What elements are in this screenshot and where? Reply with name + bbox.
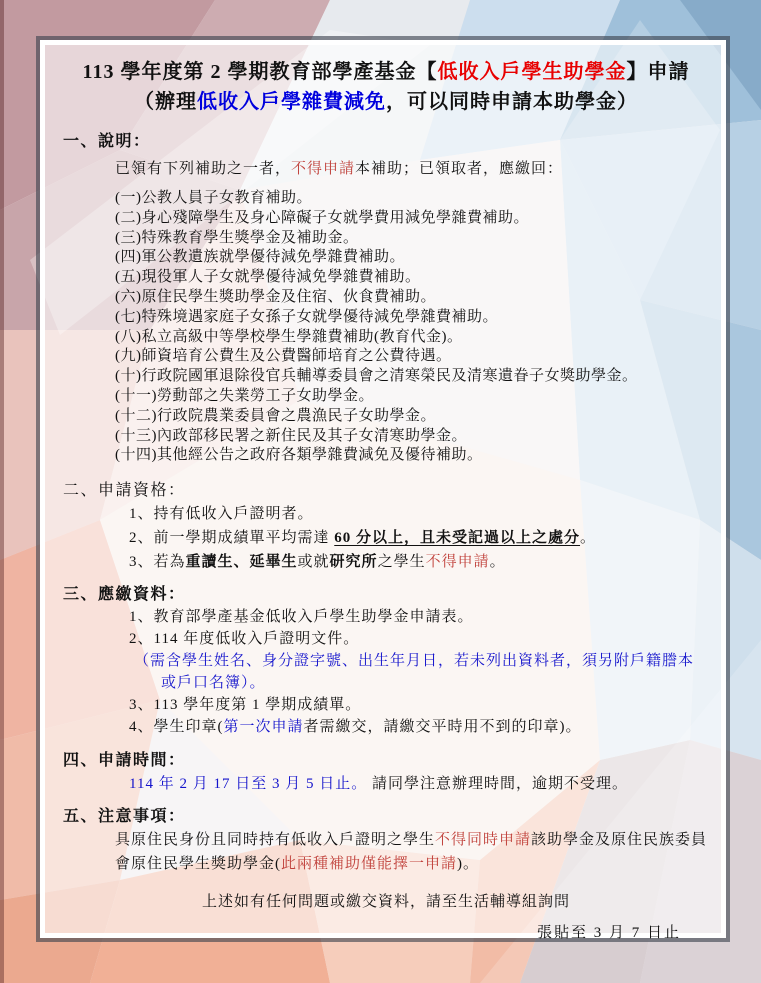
list-item: (十四)其他經公告之政府各類學雜費減免及優待補助。 [63, 446, 709, 466]
list-item: (四)軍公教遺族就學優待減免學雜費補助。 [63, 248, 709, 268]
item-text: 4、學生印章( [129, 719, 224, 735]
notes-text: 具原住民身份且同時持有低收入戶證明之學生 [115, 832, 435, 848]
application-period-body: 114 年 2 月 17 日至 3 月 5 日止。 請同學注意辦理時間，逾期不受… [63, 772, 709, 796]
notice-frame: 113 學年度第 2 學期教育部學產基金【低收入戶學生助學金】申請 （辦理低收入… [36, 36, 730, 942]
section-application-period: 四、申請時間： 114 年 2 月 17 日至 3 月 5 日止。 請同學注意辦… [63, 750, 709, 796]
intro-text: 本補助；已領取者，應繳回： [355, 161, 563, 177]
list-item: (六)原住民學生獎助學金及住宿、伙食費補助。 [63, 288, 709, 308]
eligibility-item-2: 2、前一學期成績單平均需達 60 分以上，且未受記過以上之處分。 [63, 526, 709, 550]
title-highlight-red: 低收入戶學生助學金 [437, 61, 626, 83]
contact-note: 上述如有任何問題或繳交資料，請至生活輔導組詢問 [63, 890, 709, 914]
subtitle-text: ，可以同時申請本助學金） [386, 91, 638, 113]
title-text: 】申請 [626, 61, 689, 83]
intro-warning-red: 不得申請 [291, 161, 355, 177]
list-item: (十三)內政部移民署之新住民及其子女清寒助學金。 [63, 427, 709, 447]
title-line-1: 113 學年度第 2 學期教育部學產基金【低收入戶學生助學金】申請 [63, 57, 709, 87]
grade-requirement-emphasis: 60 分以上，且未受記過以上之處分 [334, 530, 580, 546]
notes-warning-red: 不得同時申請 [435, 832, 531, 848]
section-notes: 五、注意事項： 具原住民身份且同時持有低收入戶證明之學生不得同時申請該助學金及原… [63, 806, 709, 876]
notes-text: )。 [457, 856, 479, 872]
title-line-2: （辦理低收入戶學雜費減免，可以同時申請本助學金） [63, 87, 709, 117]
date-range-blue: 114 年 2 月 17 日至 3 月 5 日止。 [129, 776, 367, 792]
document-item-2: 2、114 年度低收入戶證明文件。 [63, 628, 709, 650]
list-item: (八)私立高級中等學校學生學雜費補助(教育代金)。 [63, 328, 709, 348]
title-text: 113 學年度第 2 學期教育部學產基金【 [83, 61, 438, 83]
list-item: (七)特殊境遇家庭子女孫子女就學優待減免學雜費補助。 [63, 308, 709, 328]
notice-page: { "title": { "l1_pre": "113 學年度第 2 學期教育部… [0, 0, 761, 983]
notes-body: 具原住民身份且同時持有低收入戶證明之學生不得同時申請該助學金及原住民族委員會原住… [63, 828, 709, 876]
section-required-documents: 三、應繳資料： 1、教育部學產基金低收入戶學生助學金申請表。 2、114 年度低… [63, 584, 709, 738]
section-explanation: 一、說明： 已領有下列補助之一者，不得申請本補助；已領取者，應繳回： (一)公教… [63, 131, 709, 466]
excluded-subsidy-list: (一)公教人員子女教育補助。 (二)身心殘障學生及身心障礙子女就學費用減免學雜費… [63, 189, 709, 466]
list-item: (一)公教人員子女教育補助。 [63, 189, 709, 209]
item-text: 之學生 [378, 554, 426, 570]
list-item: (十二)行政院農業委員會之農漁民子女助學金。 [63, 407, 709, 427]
document-item-4: 4、學生印章(第一次申請者需繳交，請繳交平時用不到的印章)。 [63, 716, 709, 738]
list-item: (三)特殊教育學生獎學金及補助金。 [63, 229, 709, 249]
explanation-intro: 已領有下列補助之一者，不得申請本補助；已領取者，應繳回： [63, 157, 709, 181]
item-text: 。 [580, 530, 596, 546]
student-type-bold: 重讀生、延畢生 [186, 554, 298, 570]
section-heading-4: 四、申請時間： [63, 750, 709, 772]
list-item: (二)身心殘障學生及身心障礙子女就學費用減免學雜費補助。 [63, 209, 709, 229]
period-reminder-text: 請同學注意辦理時間，逾期不受理。 [367, 776, 628, 792]
list-item: (十一)勞動部之失業勞工子女助學金。 [63, 387, 709, 407]
item-text: 3、若為 [129, 554, 186, 570]
item-text: 者需繳交，請繳交平時用不到的印章)。 [304, 719, 582, 735]
item-text: 2、前一學期成績單平均需達 [129, 530, 334, 546]
not-allowed-red: 不得申請 [426, 554, 490, 570]
intro-text: 已領有下列補助之一者， [115, 161, 291, 177]
section-heading-2: 二、申請資格： [63, 480, 709, 502]
list-item: (五)現役軍人子女就學優待減免學雜費補助。 [63, 268, 709, 288]
notice-title: 113 學年度第 2 學期教育部學產基金【低收入戶學生助學金】申請 （辦理低收入… [63, 57, 709, 117]
document-item-3: 3、113 學年度第 1 學期成績單。 [63, 694, 709, 716]
notice-body: 113 學年度第 2 學期教育部學產基金【低收入戶學生助學金】申請 （辦理低收入… [40, 40, 726, 938]
eligibility-item-1: 1、持有低收入戶證明者。 [63, 502, 709, 526]
subtitle-text: （辦理 [134, 91, 197, 113]
eligibility-item-3: 3、若為重讀生、延畢生或就研究所之學生不得申請。 [63, 550, 709, 574]
student-type-bold: 研究所 [330, 554, 378, 570]
list-item: (十)行政院國軍退除役官兵輔導委員會之清寒榮民及清寒遺眷子女獎助學金。 [63, 367, 709, 387]
notes-warning-red: 此兩種補助僅能擇一申請 [281, 856, 457, 872]
section-heading-3: 三、應繳資料： [63, 584, 709, 606]
item-text: 。 [490, 554, 506, 570]
posting-deadline: 張貼至 3 月 7 日止 [63, 922, 709, 944]
subtitle-highlight-blue: 低收入戶學雜費減免 [197, 91, 386, 113]
section-heading-1: 一、說明： [63, 131, 709, 153]
document-item-2-note: （需含學生姓名、身分證字號、出生年月日，若未列出資料者，須另附戶籍謄本或戶口名簿… [63, 650, 709, 694]
first-time-blue: 第一次申請 [224, 719, 304, 735]
section-heading-5: 五、注意事項： [63, 806, 709, 828]
document-item-1: 1、教育部學產基金低收入戶學生助學金申請表。 [63, 606, 709, 628]
list-item: (九)師資培育公費生及公費醫師培育之公費待遇。 [63, 347, 709, 367]
section-eligibility: 二、申請資格： 1、持有低收入戶證明者。 2、前一學期成績單平均需達 60 分以… [63, 480, 709, 574]
item-text: 或就 [298, 554, 330, 570]
